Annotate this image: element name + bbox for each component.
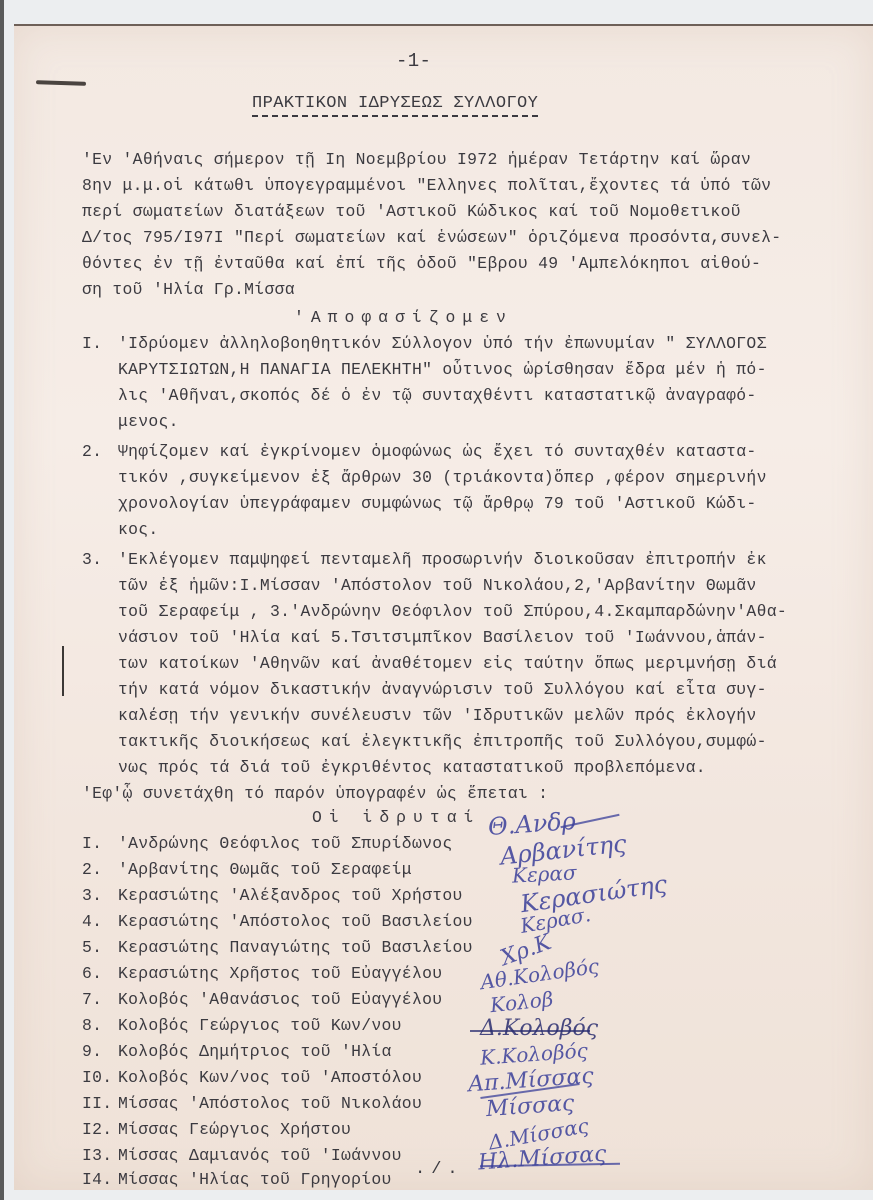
founder-name: Κολοβός Δημήτριος τοῦ 'Ηλία: [118, 1042, 392, 1061]
resolution-line: 'Ιδρύομεν ἀλληλοβοηθητικόν Σύλλογον ὑπό …: [118, 334, 767, 353]
signature: Δ.Κολοβός: [480, 1016, 598, 1041]
page-number: -1-: [396, 50, 431, 72]
founder-name: Μίσσας 'Ηλίας τοῦ Γρηγορίου: [118, 1170, 392, 1189]
resolution-line: τικόν ,συγκείμενον ἐξ ἄρθρων 30 (τριάκον…: [118, 468, 767, 487]
founder-number: 4.: [82, 912, 102, 931]
founder-number: 3.: [82, 886, 102, 905]
founder-number: Ι4.: [82, 1170, 112, 1189]
margin-bracket: [62, 646, 64, 696]
resolution-line: νάσιον τοῦ 'Ηλία καί 5.Τσιτσιμπῖκον Βασί…: [118, 628, 767, 647]
resolution-heading: 'Αποφασίζομεν: [294, 308, 513, 327]
document-title: ΠΡΑΚΤΙΚΟΝ ΙΔΡΥΣΕΩΣ ΣΥΛΛΟΓΟΥ: [252, 94, 538, 117]
resolution-number: 3.: [82, 550, 102, 569]
founder-name: Κερασιώτης 'Απόστολος τοῦ Βασιλείου: [118, 912, 473, 931]
founder-number: 2.: [82, 860, 102, 879]
founder-name: Κερασιώτης Χρῆστος τοῦ Εὐαγγέλου: [118, 964, 442, 983]
resolution-line: μενος.: [118, 412, 179, 431]
founder-name: Κερασιώτης 'Αλέξανδρος τοῦ Χρήστου: [118, 886, 463, 905]
resolution-line: χρονολογίαν ὑπεγράφαμεν συμφώνως τῷ ἄρθρ…: [118, 494, 757, 513]
resolution-line: καλέσῃ τήν γενικήν συνέλευσιν τῶν 'Ιδρυτ…: [118, 706, 757, 725]
founders-heading: Οἱ ἱδρυταί: [312, 808, 480, 827]
founder-name: Κολοβός 'Αθανάσιος τοῦ Εὐαγγέλου: [118, 990, 442, 1009]
founder-number: 9.: [82, 1042, 102, 1061]
resolution-line: τακτικῆς διοικήσεως καί ἐλεγκτικῆς ἐπιτρ…: [118, 732, 767, 751]
founder-number: Ι3.: [82, 1146, 112, 1165]
resolution-number: 2.: [82, 442, 102, 461]
founder-number: Ι.: [82, 834, 102, 853]
scanner-edge: [0, 0, 4, 1200]
resolution-line: τοῦ Σεραφείμ , 3.'Ανδρώνην Θεόφιλον τοῦ …: [118, 602, 787, 621]
staple-mark: [36, 80, 86, 86]
founder-number: Ι0.: [82, 1068, 112, 1087]
founder-number: Ι2.: [82, 1120, 112, 1139]
resolution-number: Ι.: [82, 334, 102, 353]
resolution-line: νως πρός τά διά τοῦ ἐγκριθέντος καταστατ…: [118, 758, 706, 777]
founder-name: Μίσσας Γεώργιος Χρήστου: [118, 1120, 351, 1139]
resolution-line: Ψηφίζομεν καί ἐγκρίνομεν ὁμοφώνως ὡς ἔχε…: [118, 442, 757, 461]
resolution-line: ΚΑΡΥΤΣΙΩΤΩΝ,Η ΠΑΝΑΓΙΑ ΠΕΛΕΚΗΤΗ" οὗτινος …: [118, 360, 767, 379]
founder-number: 7.: [82, 990, 102, 1009]
founder-number: ΙΙ.: [82, 1094, 112, 1113]
founder-name: Μίσσας 'Απόστολος τοῦ Νικολάου: [118, 1094, 422, 1113]
resolution-line: των κατοίκων 'Αθηνῶν καί ἀναθέτομεν εἰς …: [118, 654, 777, 673]
preamble-line: θόντες ἐν τῇ ἐνταῦθα καί ἐπί τῆς ὁδοῦ "Ε…: [82, 254, 761, 273]
preamble-line: 'Εν 'Αθήναις σήμερον τῇ Ιη Νοεμβρίου Ι97…: [82, 150, 751, 169]
resolution-line: τῶν ἐξ ἡμῶν:Ι.Μίσσαν 'Απόστολον τοῦ Νικο…: [118, 576, 757, 595]
closing-statement: 'Εφ'ᾧ συνετάχθη τό παρόν ὑπογραφέν ὡς ἕπ…: [82, 784, 548, 803]
founder-number: 5.: [82, 938, 102, 957]
preamble-line: περί σωματείων διατάξεων τοῦ 'Αστικοῦ Κώ…: [82, 202, 741, 221]
continuation-mark: ./.: [415, 1160, 464, 1179]
resolution-line: τήν κατά νόμον δικαστικήν ἀναγνώρισιν το…: [118, 680, 767, 699]
founder-name: Κολοβός Γεώργιος τοῦ Κων/νου: [118, 1016, 402, 1035]
founder-number: 6.: [82, 964, 102, 983]
preamble-line: Δ/τος 795/Ι97Ι "Περί σωματείων καί ἑνώσε…: [82, 228, 781, 247]
resolution-line: κος.: [118, 520, 159, 539]
founder-name: Κερασιώτης Παναγιώτης τοῦ Βασιλείου: [118, 938, 473, 957]
founder-name: 'Αρβανίτης Θωμᾶς τοῦ Σεραφείμ: [118, 860, 412, 879]
founder-name: 'Ανδρώνης Θεόφιλος τοῦ Σπυρίδωνος: [118, 834, 453, 853]
founder-name: Μίσσας Δαμιανός τοῦ 'Ιωάννου: [118, 1146, 402, 1165]
preamble-line: 8ην μ.μ.οἱ κάτωθι ὑπογεγραμμένοι "Ελληνε…: [82, 176, 771, 195]
founder-number: 8.: [82, 1016, 102, 1035]
resolution-line: λις 'Αθῆναι,σκοπός δέ ὁ ἐν τῷ συνταχθέντ…: [118, 386, 757, 405]
preamble-line: ση τοῦ 'Ηλία Γρ.Μίσσα: [82, 280, 295, 299]
signature-stroke: [470, 1030, 590, 1032]
resolution-line: 'Εκλέγομεν παμψηφεί πενταμελῆ προσωρινήν…: [118, 550, 767, 569]
founder-name: Κολοβός Κων/νος τοῦ 'Αποστόλου: [118, 1068, 422, 1087]
